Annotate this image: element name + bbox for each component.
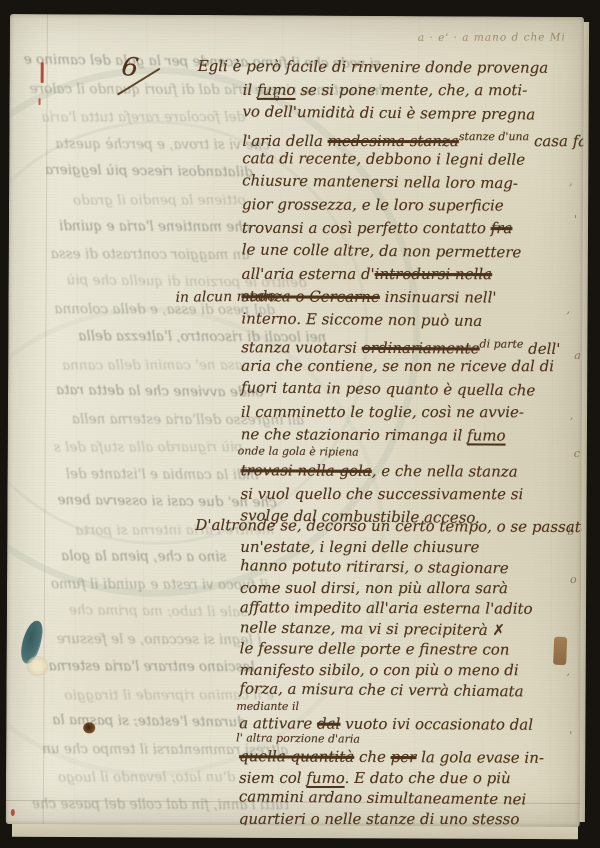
ink-text: all'aria esterna d' (242, 265, 375, 283)
ink-text: insinuarsi nell' (380, 288, 497, 307)
manuscript-line: nelle stanze, ma vi si precipiterà ✗ (195, 616, 584, 641)
ink-text: cammini ardano simultaneamente nei (239, 787, 527, 808)
ink-text: come suol dirsi, non più allora sarà (240, 578, 508, 596)
ink-text: ✗ (492, 621, 505, 639)
ink-text: D'altronde se, decorso un certo tempo, o… (195, 516, 584, 536)
ink-text: casa fabbri- (529, 132, 584, 150)
ink-text: se si pone mente, che, a moti- (295, 81, 527, 99)
ink-speck: , (566, 303, 570, 316)
manuscript-line: mediante il (194, 700, 584, 713)
ink-text: ne che stazionario rimanga il (241, 425, 467, 444)
ink-text: quartieri o nelle stanze di uno stesso (239, 809, 520, 827)
manuscript-line: il camminetto le toglie, così ne avvie- (196, 401, 584, 424)
ink-text: che (354, 748, 391, 766)
ink-text: forza, a misura che ci verrà chiamata (239, 679, 523, 700)
ink-text: fumo (467, 426, 506, 444)
manuscript-line: le fessure delle porte e finestre con (195, 638, 584, 661)
manuscript-line: le une colle altre, da non permettere (197, 238, 584, 265)
ink-text: le une colle altre, da non permettere (242, 240, 522, 261)
ink-speck: b (567, 525, 574, 538)
ink-text: chiusure mantenersi nella loro mag- (242, 171, 518, 192)
ink-text: , e che nella stanza (372, 462, 518, 481)
ink-text: Egli è però facile di rinvenire donde pr… (198, 57, 549, 77)
ink-text: un'estate, i legni delle chiusure (240, 537, 479, 555)
ink-speck: , (567, 665, 571, 678)
ink-text: a attivare (239, 714, 317, 732)
ink-text: vo dell'umidità di cui è sempre pregna (242, 102, 535, 123)
ink-speck: o (570, 573, 577, 586)
manuscript-line: gior grossezza, e le loro superficie (197, 193, 584, 218)
manuscript-line: trovasi nella gola, e che nella stanza (196, 459, 584, 484)
manuscript-paragraph-2: D'altronde se, decorso un certo tempo, o… (194, 515, 584, 827)
manuscript-page: si vede che il fumo ascende per la gola … (6, 14, 584, 827)
manuscript-line: siem col fumo. E dato che due o più (194, 767, 584, 788)
manuscript-line: trovansi a così perfetto contatto fra (197, 217, 584, 240)
ink-text: mediante il (236, 699, 299, 712)
manuscript-line: come suol dirsi, non più allora sarà (195, 577, 584, 598)
ink-speck: ' (574, 213, 577, 226)
ink-text: manifesto sibilo, o con più o meno di (240, 660, 519, 678)
struck-text: quella quantità (239, 747, 354, 766)
ink-text: il (243, 81, 257, 99)
ink-speck: , (569, 175, 573, 188)
ink-text: trovansi a così perfetto contatto (242, 219, 491, 237)
ink-text: hanno potuto ritirarsi, o stagionare (240, 556, 509, 577)
ink-text: interno. E siccome non può una (241, 309, 482, 330)
manuscript-line: cata di recente, debbono i legni delle (197, 147, 584, 172)
inserted-text: stanze d'una (459, 130, 529, 143)
manuscript-line: manifesto sibilo, o con più o meno di (195, 659, 584, 680)
ink-text: vuoto ivi occasionato dal (340, 714, 533, 733)
ink-text: cata di recente, debbono i legni delle (242, 149, 525, 168)
ink-text: la gola evase in- (416, 748, 544, 767)
struck-text: trovasi nella gola (241, 461, 372, 480)
manuscript-line: aria che contiene, se non ne riceve dal … (196, 355, 584, 378)
ink-text: onde la gola è ripiena (238, 444, 359, 458)
manuscript-line: affatto impedito all'aria esterna l'adit… (195, 597, 584, 620)
manuscript-line: Egli è però facile di rinvenire donde pr… (198, 55, 584, 80)
manuscript-line: il fumo se si pone mente, che, a moti- (198, 79, 584, 102)
ink-text: aria che contiene, se non ne riceve dal … (241, 357, 554, 375)
top-edge-text-fragment: a · e' · a mano d che Mi (418, 31, 584, 44)
ink-text: siem col (239, 768, 306, 786)
ink-text: le fessure delle porte e finestre con (240, 639, 510, 658)
ink-text: fumo (306, 768, 344, 786)
manuscript-line: D'altronde se, decorso un certo tempo, o… (195, 515, 584, 538)
manuscript-line: fuori tanta in peso quanto è quella che (196, 376, 584, 403)
manuscript-line: stanza o Cercarne insinuarsi nell' (196, 285, 584, 310)
ink-speck: ' (569, 729, 572, 742)
ink-text: fumo (257, 81, 295, 99)
ink-text: l'aria della (242, 132, 327, 150)
ink-text: il camminetto le toglie, così ne avvie- (241, 403, 524, 421)
ink-speck: , (570, 409, 574, 422)
struck-text: introdursi nella (375, 265, 492, 283)
ink-text: gior grossezza, e le loro superficie (242, 195, 504, 214)
manuscript-line: interno. E siccome non può una (196, 307, 584, 334)
manuscript-line: un'estate, i legni delle chiusure (195, 536, 584, 557)
manuscript-line: stanza vuotarsi ordinariamentedi parte d… (196, 331, 584, 356)
struck-text: fra (491, 219, 513, 237)
manuscript-line: all'aria esterna d'introdursi nella (197, 263, 584, 286)
manuscript-line: hanno potuto ritirarsi, o stagionare (195, 555, 584, 580)
manuscript-line: quartieri o nelle stanze di uno stesso (194, 808, 584, 827)
ink-text: nelle stanze, ma vi si precipiterà (240, 618, 493, 639)
manuscript-line: quella quantità che per la gola evase in… (194, 746, 584, 769)
scanned-manuscript: { "document": { "folio_mark": "6", "prin… (0, 0, 600, 848)
ink-text: fuori tanta in peso quanto è quella che (241, 378, 535, 399)
inserted-text: di parte (480, 337, 524, 350)
ink-text: si vuol quello che successivamente si (240, 485, 523, 503)
struck-text: medesima stanza (328, 132, 459, 150)
ink-text: l' altra porzione d'aria (236, 731, 360, 745)
manuscript-line: vo dell'umidità di cui è sempre pregna (197, 100, 584, 127)
ink-speck: a (574, 349, 581, 362)
ink-speck: c (574, 447, 580, 460)
manuscript-line: chiusure mantenersi nella loro mag- (197, 169, 584, 196)
struck-text: dal (317, 714, 340, 732)
struck-text: per (391, 748, 417, 766)
struck-text: stanza o Cercarne (241, 287, 379, 306)
manuscript-line: si vuol quello che successivamente si (195, 483, 584, 506)
manuscript-line: l'aria della medesima stanzastanze d'una… (197, 125, 584, 148)
ink-text: . E dato che due o più (345, 768, 511, 786)
manuscript-paragraph-1: Egli è però facile di rinvenire donde pr… (195, 55, 584, 530)
ink-text: affatto impedito all'aria esterna l'adit… (240, 598, 533, 618)
manuscript-line: cammini ardano simultaneamente nei (194, 786, 584, 811)
